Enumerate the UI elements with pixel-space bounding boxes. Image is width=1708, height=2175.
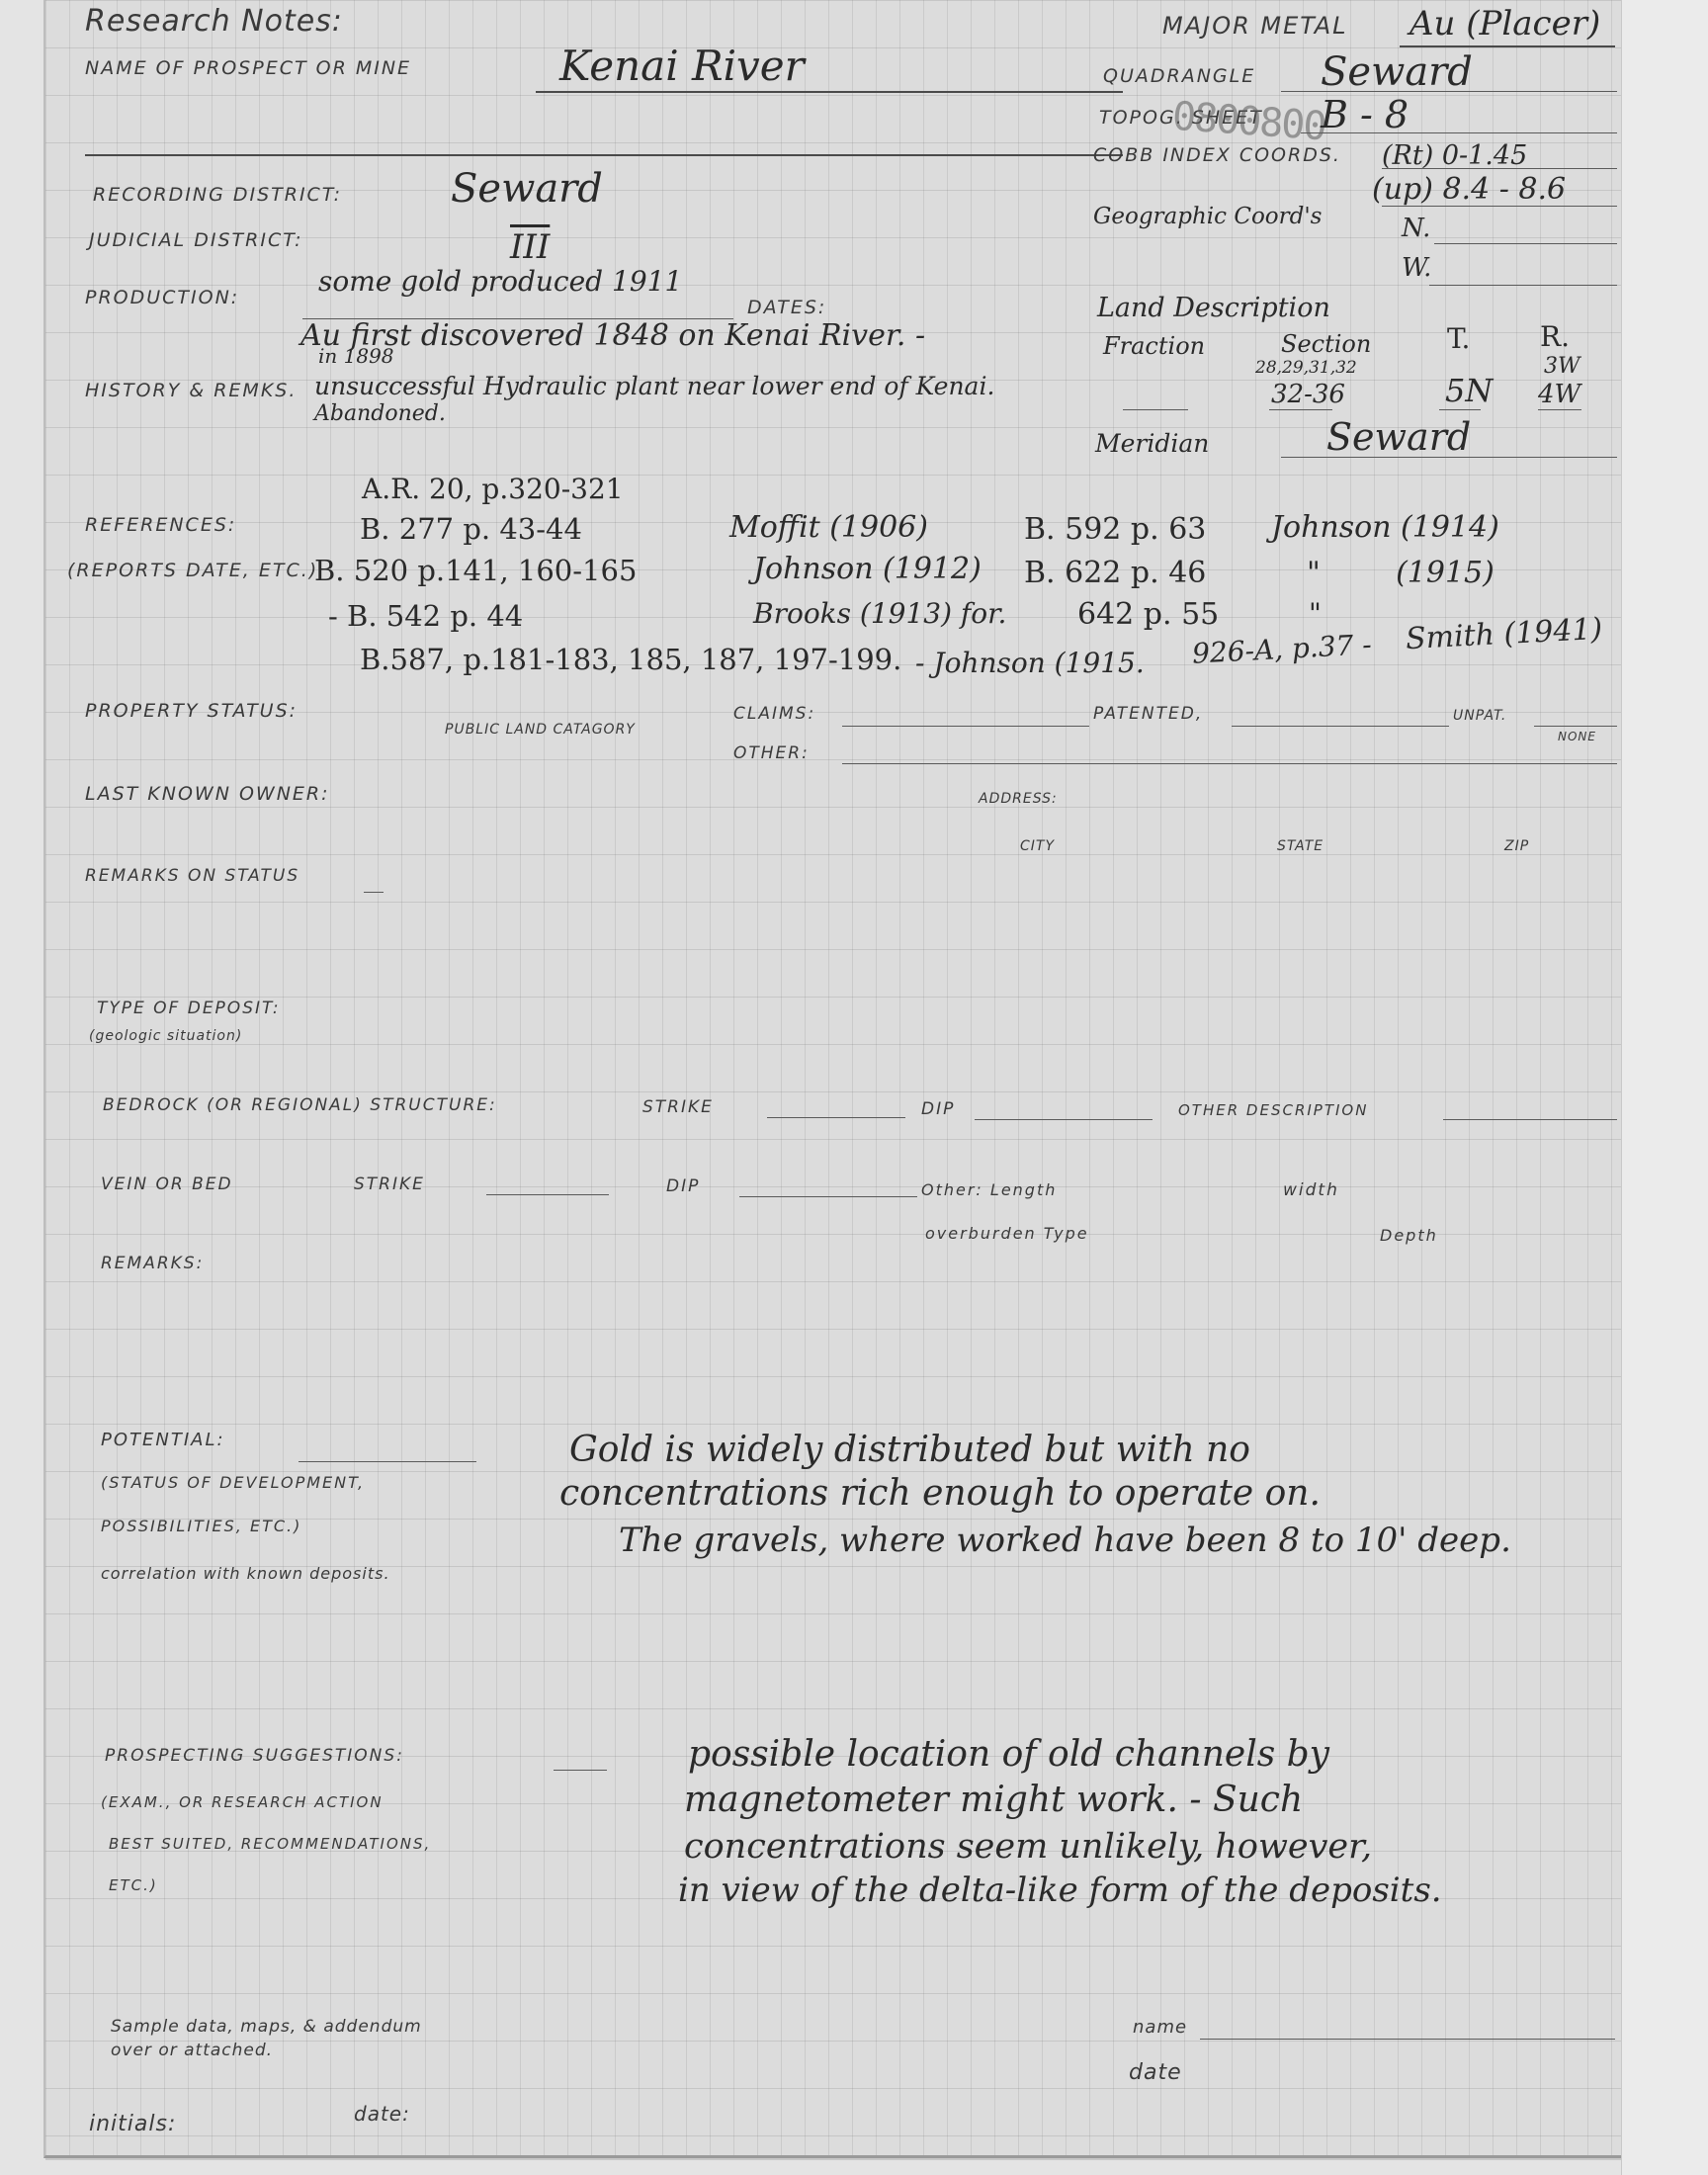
unpat-value: None <box>1558 730 1596 743</box>
bedrock-strike-label: Strike <box>642 1097 714 1117</box>
reference-right-1-citation: B. 622 p. 46 <box>1024 556 1206 590</box>
reference-right-2-author: " <box>1309 597 1322 630</box>
potential-sub3: correlation with known deposits. <box>101 1564 390 1583</box>
major-metal-underline <box>1400 45 1615 47</box>
date-footer-label: date: <box>354 2102 410 2126</box>
city-label: City <box>1020 838 1055 854</box>
section-value-top: 28,29,31,32 <box>1255 358 1357 378</box>
major-metal-value: Au (Placer) <box>1409 4 1600 43</box>
range-underline <box>1538 409 1581 410</box>
history-line2-prefix: in 1898 <box>318 344 394 368</box>
unpat-underline <box>1534 726 1617 727</box>
history-line1: Au first discovered 1848 on Kenai River.… <box>300 318 925 353</box>
reference-right-3-citation: 926-A, p.37 - <box>1191 628 1372 669</box>
other-description-label: Other Description <box>1178 1101 1368 1119</box>
potential-line3: The gravels, where worked have been 8 to… <box>619 1521 1511 1560</box>
cobb-index-label: Cobb Index Coords. <box>1093 144 1341 166</box>
patented-label: Patented, <box>1093 704 1203 724</box>
name-underline <box>536 91 1123 93</box>
reference-right-0-citation: B. 592 p. 63 <box>1024 512 1206 547</box>
remarks-on-status-label: Remarks on Status <box>85 866 299 886</box>
quadrangle-value: Seward <box>1321 49 1473 95</box>
prospecting-line4: in view of the delta-like form of the de… <box>678 1870 1442 1910</box>
prospecting-sub3: etc.) <box>109 1876 158 1894</box>
references-label: References: <box>85 514 236 536</box>
claims-underline <box>842 726 1089 727</box>
reference-right-3-author: Smith (1941) <box>1405 612 1603 656</box>
meridian-label: Meridian <box>1095 429 1209 458</box>
production-value: some gold produced 1911 <box>318 265 682 298</box>
name-footer-underline <box>1200 2039 1615 2040</box>
potential-label: Potential: <box>101 1430 225 1450</box>
vein-strike-underline <box>486 1194 609 1195</box>
bedrock-structure-label: Bedrock (or Regional) Structure: <box>103 1095 497 1115</box>
quadrangle-underline <box>1281 91 1617 92</box>
stamp-number: 0800800 <box>1171 94 1326 150</box>
range-label: R. <box>1540 320 1570 353</box>
potential-line1: Gold is widely distributed but with no <box>569 1430 1250 1470</box>
vein-strike-label: Strike <box>354 1174 425 1194</box>
history-line2: unsuccessful Hydraulic plant near lower … <box>314 372 994 400</box>
reference-4-citation: B.587, p.181-183, 185, 187, 197-199. <box>360 643 901 676</box>
history-line3: Abandoned. <box>314 401 446 426</box>
vein-other-length-label: Other: Length <box>921 1180 1057 1199</box>
state-label: State <box>1277 838 1324 854</box>
section-underline <box>1269 409 1332 410</box>
geo-w-underline <box>1429 285 1617 286</box>
meridian-underline <box>1281 457 1617 458</box>
reference-1-citation: B. 277 p. 43-44 <box>360 512 582 546</box>
judicial-district-label: Judicial District: <box>89 229 302 251</box>
scan-margin <box>1621 0 1708 2175</box>
vein-or-bed-label: Vein or Bed <box>101 1174 233 1194</box>
cobb-rt-underline <box>1382 168 1617 169</box>
sample-data-line1: Sample data, maps, & addendum <box>111 2017 422 2037</box>
fraction-underline <box>1123 409 1188 410</box>
prospecting-label: Prospecting Suggestions: <box>105 1746 404 1766</box>
recording-district-label: Recording District: <box>93 184 342 206</box>
date-footer-right-label: date <box>1129 2060 1182 2085</box>
cobb-up-underline <box>1382 206 1617 207</box>
potential-underline <box>299 1461 476 1462</box>
dates-label: Dates: <box>747 297 826 318</box>
remarks-on-status-underline <box>364 892 384 893</box>
bedrock-strike-underline <box>767 1117 905 1118</box>
deposit-remarks-label: Remarks: <box>101 1254 204 1273</box>
fraction-label: Fraction <box>1103 332 1205 360</box>
topo-sheet-underline <box>1301 132 1617 133</box>
depth-label: Depth <box>1380 1226 1438 1245</box>
geo-w-label: W. <box>1402 253 1431 283</box>
name-label: Name of Prospect or Mine <box>85 57 411 79</box>
meridian-value: Seward <box>1326 415 1471 459</box>
reference-right-0-author: Johnson (1914) <box>1271 510 1499 545</box>
topo-sheet-value: B - 8 <box>1321 93 1409 136</box>
reference-right-2-citation: 642 p. 55 <box>1077 597 1219 632</box>
production-label: Production: <box>85 287 239 308</box>
overburden-type-label: overburden Type <box>925 1224 1089 1243</box>
reference-3-author: Brooks (1913) for. <box>753 597 1006 630</box>
range-value-top: 3W <box>1544 354 1580 379</box>
geo-n-label: N. <box>1402 214 1430 243</box>
unpat-label: Unpat. <box>1453 708 1506 724</box>
reference-right-1-author: " (1915) <box>1307 556 1494 590</box>
sample-data-line2: over or attached. <box>111 2041 273 2060</box>
reference-1-author: Moffit (1906) <box>729 510 928 545</box>
prospecting-line1: possible location of old channels by <box>688 1734 1329 1775</box>
land-description-title: Land Description <box>1097 293 1330 323</box>
judicial-district-value: III <box>510 227 550 267</box>
potential-line2: concentrations rich enough to operate on… <box>559 1473 1321 1514</box>
vein-dip-underline <box>739 1196 917 1197</box>
public-land-category-label: Public Land Catagory <box>445 722 636 738</box>
geographic-coords-label: Geographic Coord's <box>1093 204 1322 229</box>
claims-label: Claims: <box>733 704 815 724</box>
name-value: Kenai River <box>559 42 805 90</box>
other-description-underline <box>1443 1119 1617 1120</box>
geo-n-underline <box>1434 243 1617 244</box>
research-notes-form: Research Notes: Name of Prospect or Mine… <box>43 0 1623 2158</box>
patented-underline <box>1232 726 1449 727</box>
address-label: Address: <box>979 791 1058 807</box>
reference-4-author: - Johnson (1915. <box>915 647 1145 679</box>
township-value: 5N <box>1445 372 1493 409</box>
range-value: 4W <box>1538 380 1580 409</box>
name-second-line <box>85 154 1123 156</box>
reference-0-citation: A.R. 20, p.320-321 <box>362 473 624 505</box>
references-sublabel: (Reports Date, etc.) <box>67 560 318 581</box>
history-label: History & Remks. <box>85 380 297 401</box>
bedrock-dip-label: Dip <box>921 1099 955 1119</box>
initials-label: initials: <box>89 2112 176 2136</box>
cobb-up-value: (up) 8.4 - 8.6 <box>1372 172 1566 207</box>
width-label: width <box>1283 1180 1339 1200</box>
bedrock-dip-underline <box>975 1119 1153 1120</box>
major-metal-label: Major Metal <box>1162 12 1348 40</box>
form-title: Research Notes: <box>85 4 343 39</box>
reference-2-author: Johnson (1912) <box>753 552 982 586</box>
section-label: Section <box>1281 330 1371 358</box>
potential-sub2: Possibilities, etc.) <box>101 1517 301 1535</box>
section-value: 32-36 <box>1271 380 1345 409</box>
name-footer-label: name <box>1133 2017 1187 2038</box>
vein-dip-label: Dip <box>666 1176 700 1196</box>
property-status-label: Property Status: <box>85 700 298 722</box>
reference-3-citation: - B. 542 p. 44 <box>328 599 523 633</box>
type-of-deposit-label: Type of Deposit: <box>97 999 281 1018</box>
other-underline <box>842 763 1617 764</box>
township-underline <box>1439 409 1481 410</box>
other-label: Other: <box>733 743 810 763</box>
cobb-rt-value: (Rt) 0-1.45 <box>1382 140 1527 171</box>
prospecting-sub1: (Exam., or Research Action <box>101 1793 384 1811</box>
quadrangle-label: Quadrangle <box>1103 65 1255 87</box>
township-label: T. <box>1447 322 1470 355</box>
type-of-deposit-sublabel: (geologic situation) <box>89 1028 242 1044</box>
potential-sub1: (Status of Development, <box>101 1473 365 1492</box>
prospecting-underline <box>554 1770 607 1771</box>
prospecting-line3: concentrations seem unlikely, however, <box>684 1827 1372 1867</box>
prospecting-sub2: Best Suited, Recommendations, <box>109 1835 431 1853</box>
reference-2-citation: B. 520 p.141, 160-165 <box>314 554 637 587</box>
zip-label: Zip <box>1504 838 1529 854</box>
prospecting-line2: magnetometer might work. - Such <box>684 1780 1303 1820</box>
last-known-owner-label: Last Known Owner: <box>85 783 330 805</box>
recording-district-value: Seward <box>451 166 603 212</box>
